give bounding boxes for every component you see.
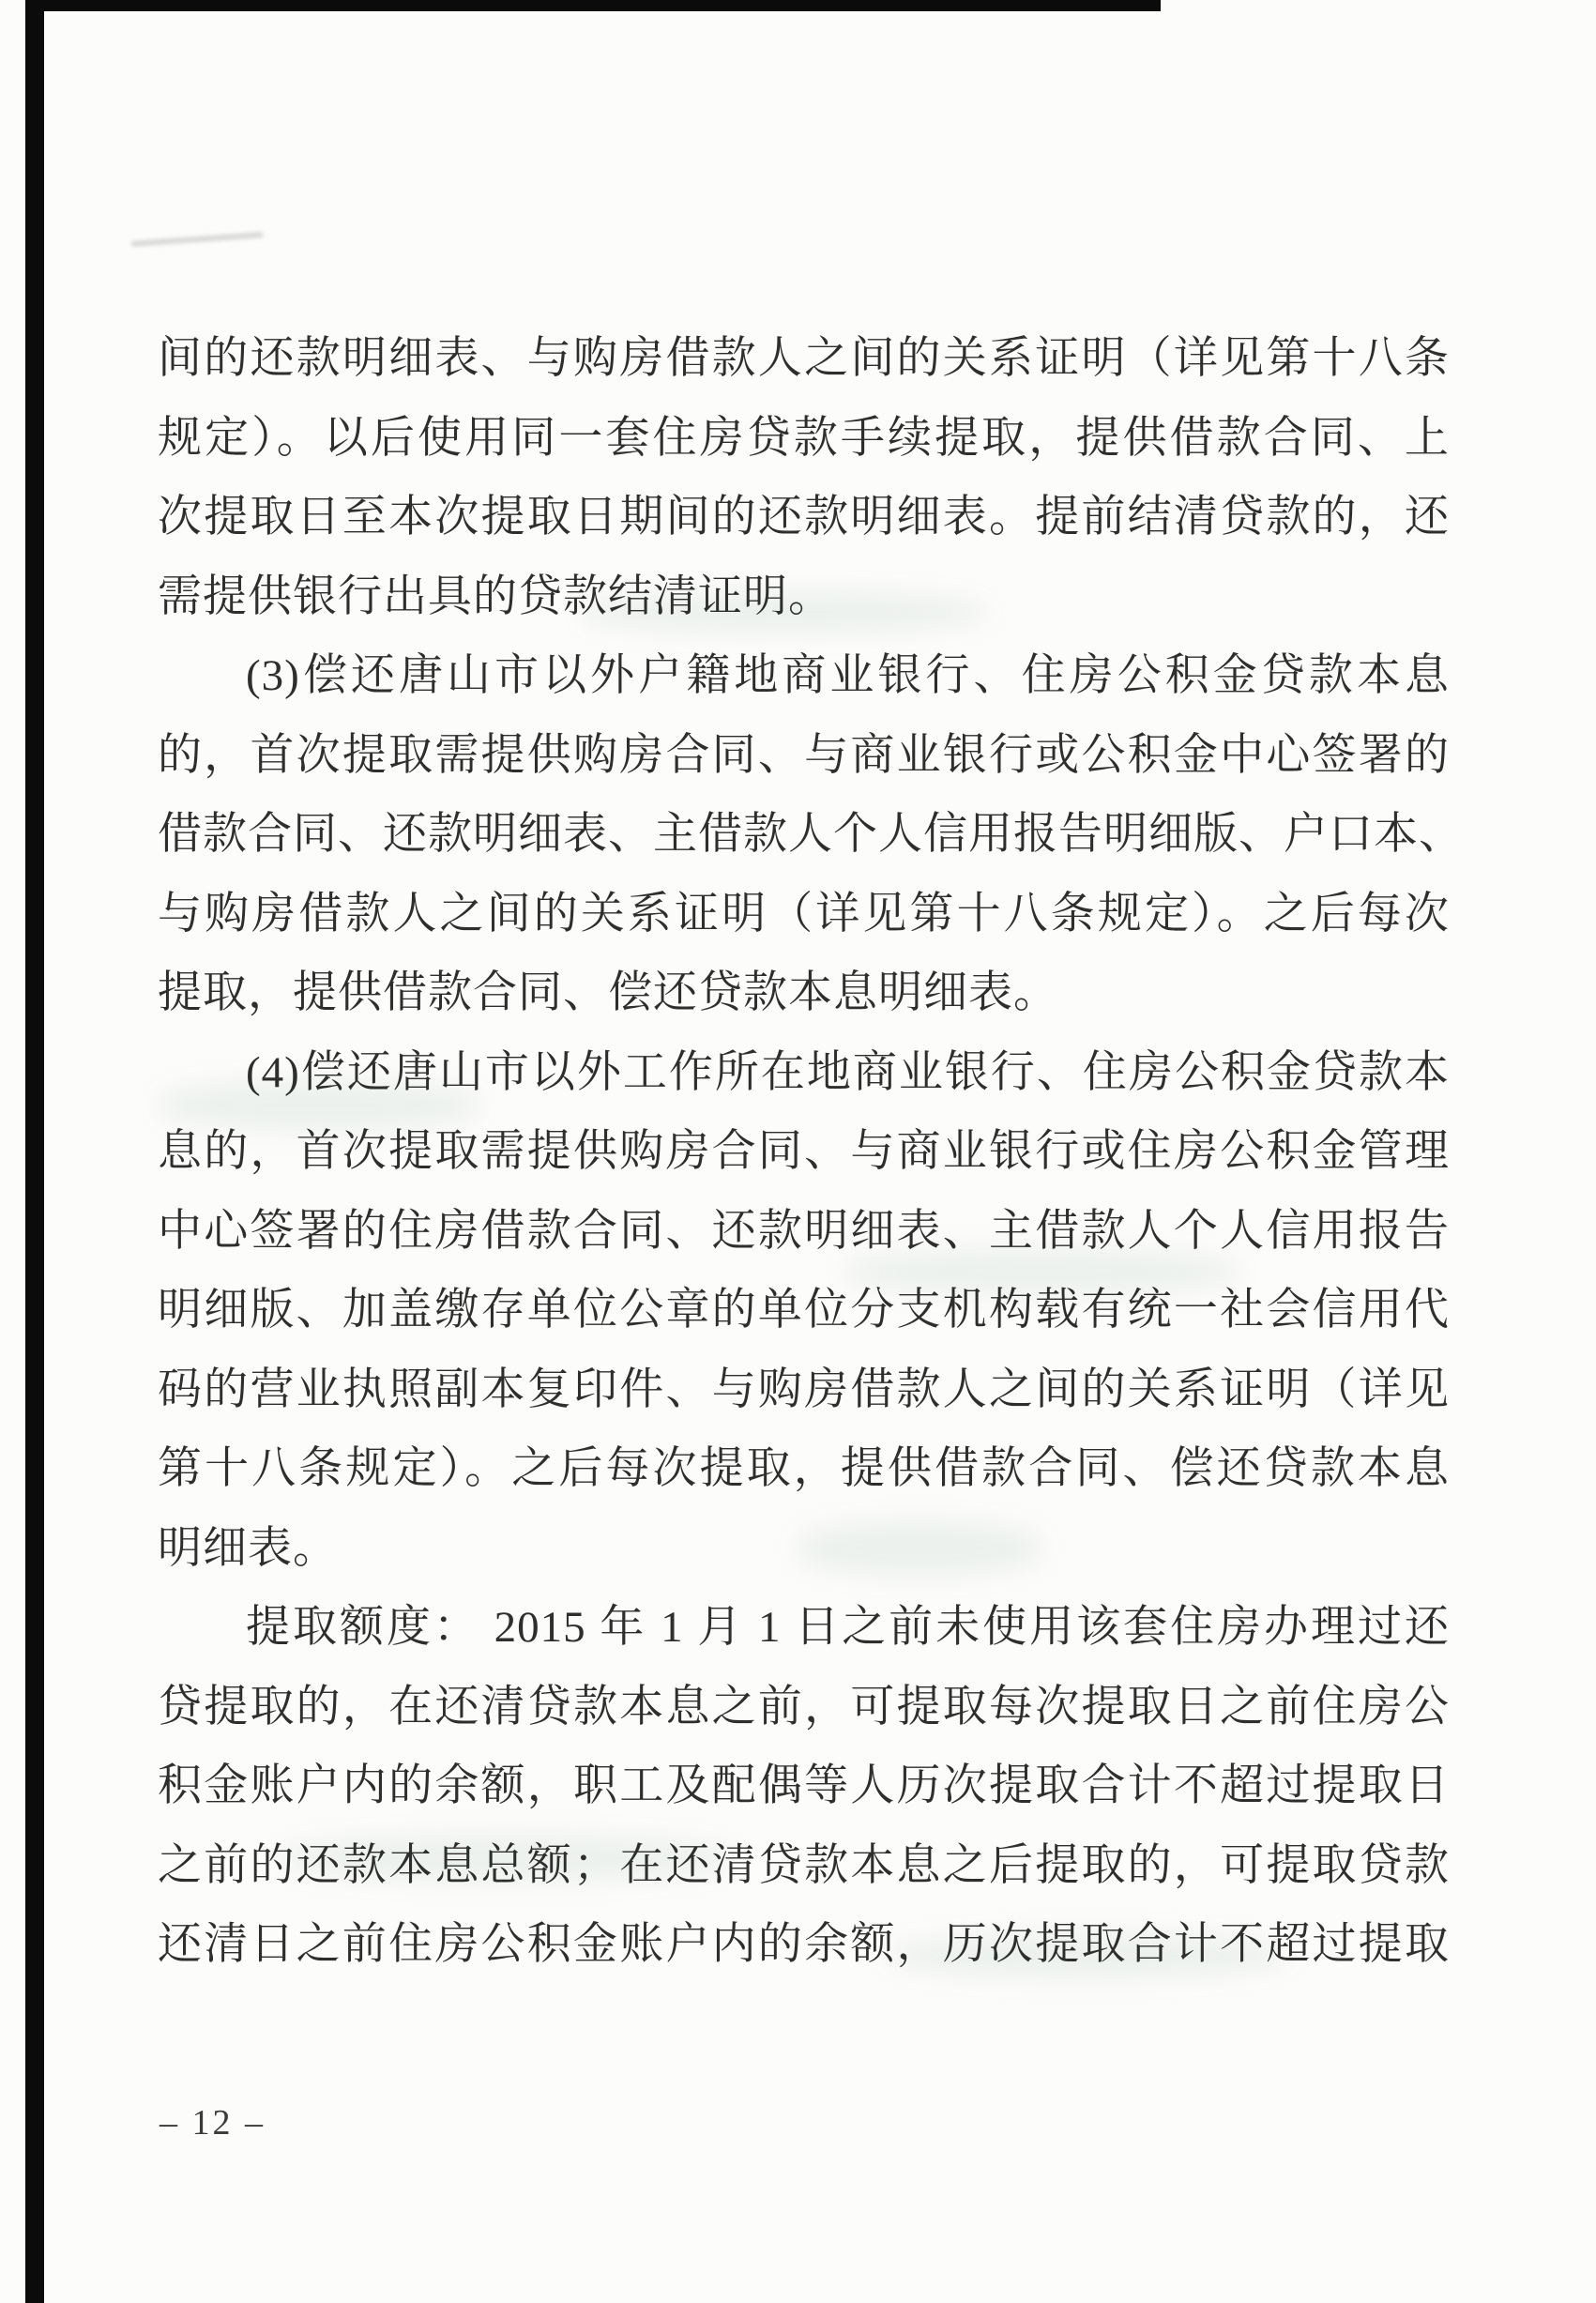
text-line: 息的，首次提取需提供购房合同、与商业银行或住房公积金管理	[158, 1112, 1450, 1192]
text-line: 提取，提供借款合同、偿还贷款本息明细表。	[158, 953, 1450, 1033]
page-number: – 12 –	[160, 2102, 266, 2143]
text-line: 还清日之前住房公积金账户内的余额，历次提取合计不超过提取	[158, 1905, 1450, 1985]
text-line: 间的还款明细表、与购房借款人之间的关系证明（详见第十八条	[158, 319, 1450, 399]
text-line: 之前的还款本息总额；在还清贷款本息之后提取的，可提取贷款	[158, 1826, 1450, 1906]
text-line: 的，首次提取需提供购房合同、与商业银行或公积金中心签署的	[158, 716, 1450, 796]
scan-border-top	[25, 0, 1161, 11]
text-line: (3)偿还唐山市以外户籍地商业银行、住房公积金贷款本息	[158, 636, 1450, 716]
text-line: 积金账户内的余额，职工及配偶等人历次提取合计不超过提取日	[158, 1746, 1450, 1826]
scanned-page: 间的还款明细表、与购房借款人之间的关系证明（详见第十八条 规定）。以后使用同一套…	[0, 0, 1596, 2303]
text-line: (4)偿还唐山市以外工作所在地商业银行、住房公积金贷款本	[158, 1033, 1450, 1113]
text-line: 次提取日至本次提取日期间的还款明细表。提前结清贷款的，还	[158, 478, 1450, 557]
text-line: 第十八条规定）。之后每次提取，提供借款合同、偿还贷款本息	[158, 1429, 1450, 1509]
scan-border-left	[25, 0, 44, 2303]
text-line: 需提供银行出具的贷款结清证明。	[158, 557, 1450, 637]
text-line: 借款合同、还款明细表、主借款人个人信用报告明细版、户口本、	[158, 795, 1450, 875]
scan-smudge	[131, 232, 263, 247]
text-line: 提取额度： 2015 年 1 月 1 日之前未使用该套住房办理过还	[158, 1588, 1450, 1668]
text-line: 明细版、加盖缴存单位公章的单位分支机构载有统一社会信用代	[158, 1271, 1450, 1350]
text-line: 码的营业执照副本复印件、与购房借款人之间的关系证明（详见	[158, 1350, 1450, 1430]
text-line: 与购房借款人之间的关系证明（详见第十八条规定）。之后每次	[158, 875, 1450, 954]
document-body: 间的还款明细表、与购房借款人之间的关系证明（详见第十八条 规定）。以后使用同一套…	[158, 319, 1450, 1985]
text-line: 中心签署的住房借款合同、还款明细表、主借款人个人信用报告	[158, 1192, 1450, 1272]
text-line: 规定）。以后使用同一套住房贷款手续提取，提供借款合同、上	[158, 399, 1450, 479]
text-line: 明细表。	[158, 1509, 1450, 1589]
text-line: 贷提取的，在还清贷款本息之前，可提取每次提取日之前住房公	[158, 1668, 1450, 1747]
